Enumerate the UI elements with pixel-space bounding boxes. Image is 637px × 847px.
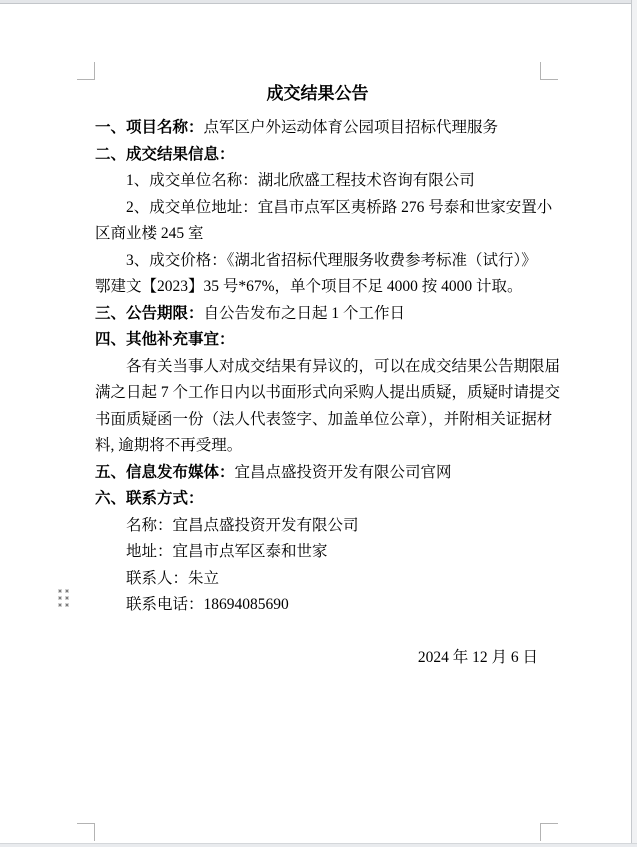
line-publish-media[interactable]: 五、信息发布媒体：宜昌点盛投资开发有限公司官网	[95, 460, 540, 487]
document-viewer: 成交结果公告 一、项目名称：点军区户外运动体育公园项目招标代理服务 二、成交结果…	[0, 0, 637, 847]
line-winner-name[interactable]: 1、成交单位名称：湖北欣盛工程技术咨询有限公司	[95, 168, 540, 195]
heading-label: 三、公告期限：	[95, 305, 204, 322]
line-announcement-period[interactable]: 三、公告期限：自公告发布之日起 1 个工作日	[95, 301, 540, 328]
line-project-name[interactable]: 一、项目名称：点军区户外运动体育公园项目招标代理服务	[95, 115, 540, 142]
heading-label: 五、信息发布媒体：	[95, 464, 235, 481]
line-other-matters-heading[interactable]: 四、其他补充事宜：	[95, 327, 540, 354]
line-objection-4[interactable]: 料, 逾期将不再受理。	[95, 433, 540, 460]
line-contact-name[interactable]: 名称：宜昌点盛投资开发有限公司	[95, 513, 540, 540]
heading-value: 自公告发布之日起 1 个工作日	[204, 305, 406, 322]
heading-label: 六、联系方式：	[95, 490, 204, 507]
margin-cropmark-bottom-right	[540, 823, 558, 841]
heading-value: 宜昌点盛投资开发有限公司官网	[235, 464, 452, 481]
line-winner-address-1[interactable]: 2、成交单位地址：宜昌市点军区夷桥路 276 号泰和世家安置小	[95, 195, 540, 222]
heading-label: 一、项目名称：	[95, 119, 204, 136]
line-objection-2[interactable]: 满之日起 7 个工作日内以书面形式向采购人提出质疑，质疑时请提交	[95, 380, 540, 407]
grip-dots-icon[interactable]	[59, 590, 68, 606]
line-contact-phone[interactable]: 联系电话：18694085690	[95, 592, 540, 619]
document-page[interactable]: 成交结果公告 一、项目名称：点军区户外运动体育公园项目招标代理服务 二、成交结果…	[95, 82, 540, 672]
line-contact-address[interactable]: 地址：宜昌市点军区泰和世家	[95, 539, 540, 566]
line-result-info-heading[interactable]: 二、成交结果信息：	[95, 142, 540, 169]
document-title[interactable]: 成交结果公告	[95, 82, 540, 106]
line-objection-1[interactable]: 各有关当事人对成交结果有异议的，可以在成交结果公告期限届	[95, 354, 540, 381]
viewer-right-edge	[631, 0, 637, 847]
margin-cropmark-top-right	[540, 62, 558, 80]
margin-cropmark-bottom-left	[77, 823, 95, 841]
viewer-bottom-edge	[0, 843, 637, 847]
line-price-1[interactable]: 3、成交价格：《湖北省招标代理服务收费参考标准（试行）》	[95, 248, 540, 275]
heading-label: 二、成交结果信息：	[95, 146, 235, 163]
line-contact-heading[interactable]: 六、联系方式：	[95, 486, 540, 513]
line-price-2[interactable]: 鄂建文【2023】35 号*67%，单个项目不足 4000 按 4000 计取。	[95, 274, 540, 301]
blank-line	[95, 619, 540, 646]
viewer-top-edge	[0, 0, 637, 4]
margin-cropmark-top-left	[77, 62, 95, 80]
line-contact-person[interactable]: 联系人：朱立	[95, 566, 540, 593]
line-winner-address-2[interactable]: 区商业楼 245 室	[95, 221, 540, 248]
line-objection-3[interactable]: 书面质疑函一份（法人代表签字、加盖单位公章），并附相关证据材	[95, 407, 540, 434]
heading-value: 点军区户外运动体育公园项目招标代理服务	[204, 119, 499, 136]
document-date[interactable]: 2024 年 12 月 6 日	[95, 645, 540, 672]
heading-label: 四、其他补充事宜：	[95, 331, 235, 348]
